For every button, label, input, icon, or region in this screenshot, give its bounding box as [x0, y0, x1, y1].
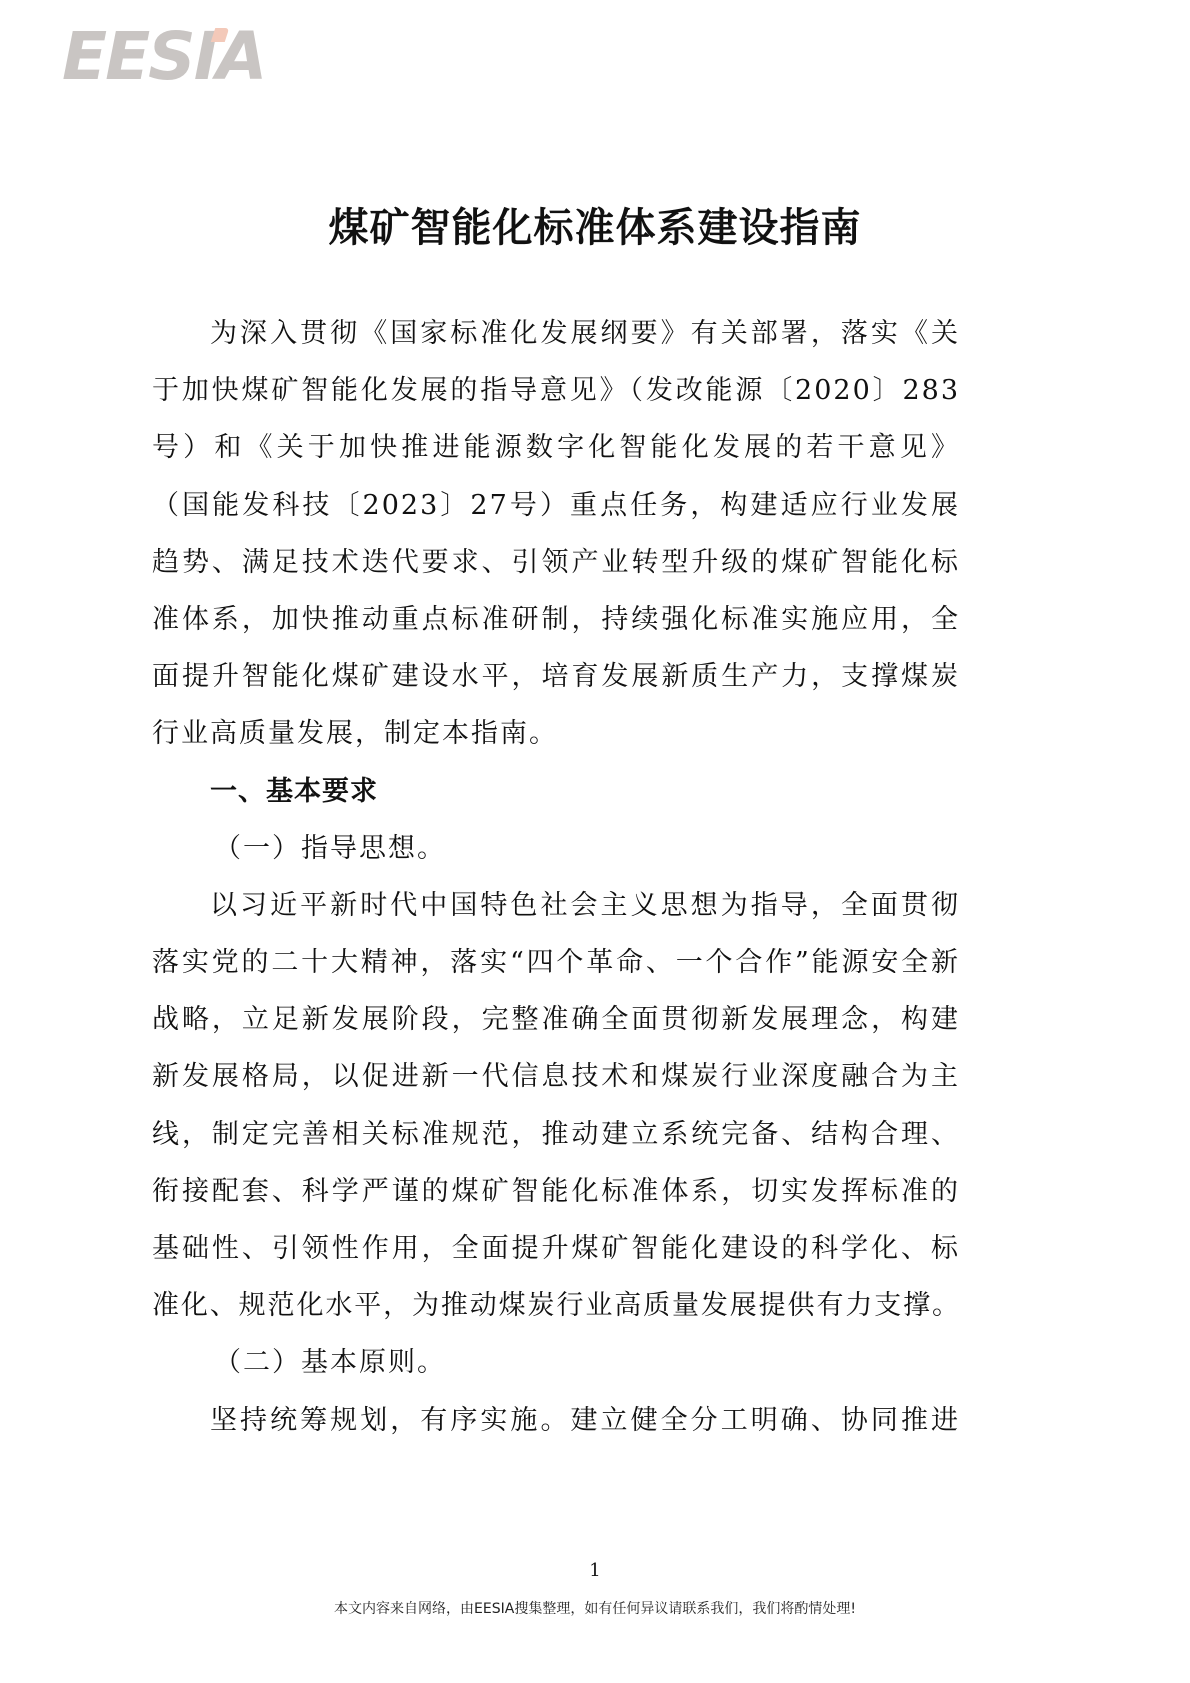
- paragraph-line: 基础性、引领性作用，全面提升煤矿智能化建设的科学化、标: [152, 1220, 960, 1277]
- paragraph-line: 衔接配套、科学严谨的煤矿智能化标准体系，切实发挥标准的: [152, 1163, 960, 1220]
- paragraph-line: （国能发科技〔2023〕27号）重点任务，构建适应行业发展: [152, 477, 960, 534]
- paragraph-line: 准体系，加快推动重点标准研制，持续强化标准实施应用，全: [152, 591, 960, 648]
- paragraph-line: 于加快煤矿智能化发展的指导意见》（发改能源〔2020〕283: [152, 362, 960, 419]
- document-title: 煤矿智能化标准体系建设指南: [0, 196, 1190, 253]
- subsection-heading: （一）指导思想。: [152, 820, 960, 877]
- paragraph-line: 以习近平新时代中国特色社会主义思想为指导，全面贯彻: [152, 877, 960, 934]
- paragraph-line: 坚持统筹规划，有序实施。建立健全分工明确、协同推进: [152, 1392, 960, 1449]
- paragraph-line: 落实党的二十大精神，落实“四个革命、一个合作”能源安全新: [152, 934, 960, 991]
- subsection-heading: （二）基本原则。: [152, 1334, 960, 1391]
- paragraph-line: 准化、规范化水平，为推动煤炭行业高质量发展提供有力支撑。: [152, 1277, 960, 1334]
- paragraph-line: 行业高质量发展，制定本指南。: [152, 705, 960, 762]
- paragraph-line: 为深入贯彻《国家标准化发展纲要》有关部署，落实《关: [152, 305, 960, 362]
- footer-disclaimer: 本文内容来自网络，由EESIA搜集整理，如有任何异议请联系我们，我们将酌情处理!: [0, 1598, 1190, 1618]
- page-number: 1: [0, 1560, 1190, 1581]
- paragraph-line: 号）和《关于加快推进能源数字化智能化发展的若干意见》: [152, 419, 960, 476]
- paragraph-line: 线，制定完善相关标准规范，推动建立系统完备、结构合理、: [152, 1106, 960, 1163]
- paragraph-line: 面提升智能化煤矿建设水平，培育发展新质生产力，支撑煤炭: [152, 648, 960, 705]
- eesia-logo: EESIA: [62, 22, 272, 92]
- logo-text: EESIA: [62, 22, 265, 92]
- paragraph-line: 新发展格局，以促进新一代信息技术和煤炭行业深度融合为主: [152, 1048, 960, 1105]
- section-heading: 一、基本要求: [152, 763, 960, 820]
- paragraph-line: 趋势、满足技术迭代要求、引领产业转型升级的煤矿智能化标: [152, 534, 960, 591]
- document-body: 为深入贯彻《国家标准化发展纲要》有关部署，落实《关 于加快煤矿智能化发展的指导意…: [152, 305, 960, 1449]
- paragraph-line: 战略，立足新发展阶段，完整准确全面贯彻新发展理念，构建: [152, 991, 960, 1048]
